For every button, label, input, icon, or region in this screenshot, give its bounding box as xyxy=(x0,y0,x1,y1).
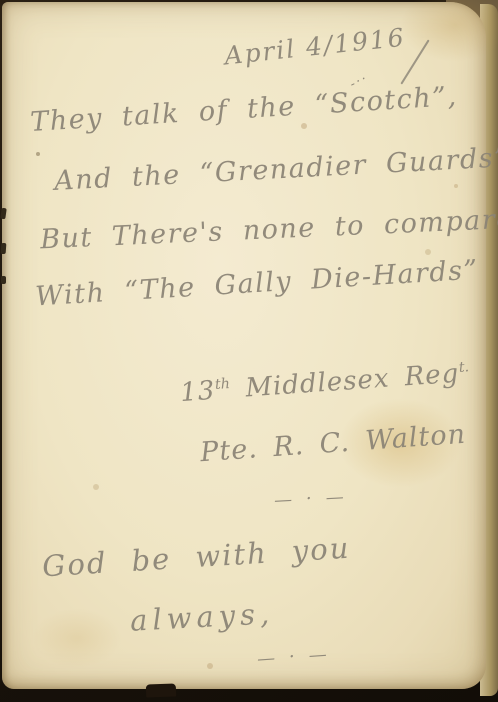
binding-stitch-mark xyxy=(1,276,6,284)
binding-stitch-mark xyxy=(1,243,7,254)
farewell-line: always, xyxy=(129,596,275,637)
autograph-page: April 4/1916 -·· They talk of the “Scotc… xyxy=(2,2,486,689)
regiment-line: 13th Middlesex Regt. xyxy=(179,358,470,408)
regiment-suffix: t. xyxy=(458,359,469,376)
end-flourish: —·— xyxy=(256,643,341,670)
divider-flourish: —·— xyxy=(274,486,359,511)
paper-stain xyxy=(32,608,122,668)
binding-tear-mark xyxy=(146,683,176,697)
farewell-line: God be with you xyxy=(41,531,351,584)
regiment-name: Middlesex Reg xyxy=(229,359,460,405)
poem-line: They talk of the “Scotch”, xyxy=(29,81,458,138)
date-line: April 4/1916 xyxy=(223,23,407,71)
paper-stain xyxy=(400,0,498,62)
regiment-number: 13 xyxy=(179,376,216,408)
poem-line: And the “Grenadier Guards” xyxy=(54,142,498,197)
poem-line: But There's none to compare xyxy=(40,204,498,256)
scanned-autograph-book-page: April 4/1916 -·· They talk of the “Scotc… xyxy=(0,0,498,702)
foxing-specks xyxy=(2,2,6,6)
poem-line: With “The Gally Die-Hards” xyxy=(34,254,479,312)
regiment-ordinal: th xyxy=(214,376,230,393)
